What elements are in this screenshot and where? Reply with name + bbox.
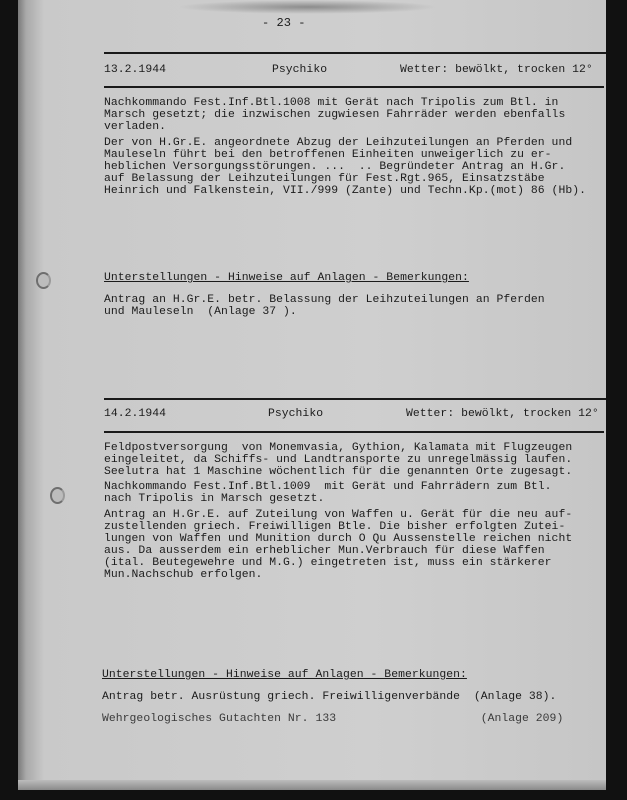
paragraph-line: zustellenden griech. Freiwilligen Btle. … [104, 522, 565, 534]
document-page: - 23 - 13.2.1944 Psychiko Wetter: bewölk… [18, 0, 606, 790]
paragraph-line: lungen von Waffen und Munition durch O Q… [104, 534, 572, 546]
remarks-heading: Unterstellungen - Hinweise auf Anlagen -… [102, 670, 467, 682]
entry-date: 13.2.1944 [104, 65, 166, 77]
paragraph-line: heblichen Versorgungsstörungen. ... .. B… [104, 162, 565, 174]
paragraph-line: Nachkommando Fest.Inf.Btl.1008 mit Gerät… [104, 98, 558, 110]
header-rule-top [104, 52, 606, 54]
paragraph-line: eingeleitet, da Schiffs- und Landtranspo… [104, 455, 572, 467]
paragraph-line: Feldpostversorgung von Monemvasia, Gythi… [104, 443, 572, 455]
remark-line: und Mauleseln (Anlage 37 ). [104, 307, 297, 319]
paragraph-line: Seelutra hat 1 Maschine wöchentlich für … [104, 467, 572, 479]
paper-scuff [178, 0, 438, 14]
paragraph-line: auf Belassung der Leihzuteilungen für Fe… [104, 174, 545, 186]
header-rule-bottom [104, 86, 604, 88]
paragraph-line: aus. Da ausserdem ein erheblicher Mun.Ve… [104, 546, 545, 558]
punch-hole-icon [36, 272, 51, 289]
page-number: - 23 - [262, 18, 306, 30]
paragraph-line: Mauleseln führt bei den betroffenen Einh… [104, 150, 552, 162]
entry-date: 14.2.1944 [104, 409, 166, 421]
remark-line: Antrag an H.Gr.E. betr. Belassung der Le… [104, 295, 545, 307]
paragraph-line: Nachkommando Fest.Inf.Btl.1009 mit Gerät… [104, 482, 552, 494]
remark-line: Antrag betr. Ausrüstung griech. Freiwill… [102, 692, 556, 704]
punch-hole-icon [50, 487, 65, 504]
paragraph-line: nach Tripolis in Marsch gesetzt. [104, 494, 324, 506]
entry-weather: Wetter: bewölkt, trocken 12° [400, 65, 593, 77]
paragraph-line: Der von H.Gr.E. angeordnete Abzug der Le… [104, 138, 572, 150]
paragraph-line: Mun.Nachschub erfolgen. [104, 570, 262, 582]
entry-weather: Wetter: bewölkt, trocken 12° [406, 409, 599, 421]
paragraph-line: (ital. Beutegewehre und M.G.) eingetrete… [104, 558, 552, 570]
paragraph-line: verladen. [104, 122, 166, 134]
entry-place: Psychiko [272, 65, 327, 77]
entry-place: Psychiko [268, 409, 323, 421]
paragraph-line: Heinrich und Falkenstein, VII./999 (Zant… [104, 186, 586, 198]
paragraph-line: Marsch gesetzt; die inzwischen zugwiesen… [104, 110, 565, 122]
header-rule-bottom [104, 431, 604, 433]
paragraph-line: Antrag an H.Gr.E. auf Zuteilung von Waff… [104, 510, 572, 522]
remarks-heading: Unterstellungen - Hinweise auf Anlagen -… [104, 273, 469, 285]
remark-line: Wehrgeologisches Gutachten Nr. 133 (Anla… [102, 714, 563, 726]
header-rule-top [104, 398, 606, 400]
